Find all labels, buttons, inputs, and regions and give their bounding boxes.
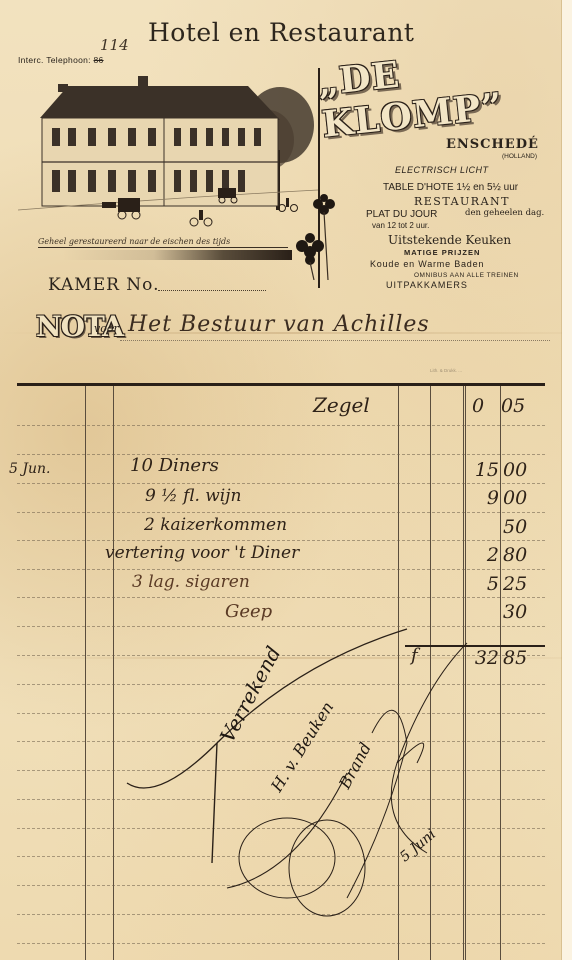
row-line	[17, 454, 545, 455]
phone-line: Interc. Telephoon: 86	[18, 55, 104, 65]
voor-label: voor	[94, 322, 119, 335]
city: ENSCHEDÉ	[446, 137, 539, 152]
item-description: 9 ½ fl. wijn	[145, 486, 241, 506]
amenity-kitchen: Uitstekende Keuken	[388, 233, 511, 247]
signature-flourish	[97, 623, 517, 943]
amenity-prices: MATIGE PRIJZEN	[404, 248, 480, 257]
row-line	[17, 483, 545, 484]
flower-ornament-icon	[284, 190, 344, 280]
caption-rule	[38, 247, 288, 248]
item-guilders: 15	[457, 459, 499, 481]
phone-handwritten-number: 114	[100, 36, 129, 54]
phone-old-number: 86	[94, 55, 104, 65]
phone-label: Interc. Telephoon:	[18, 55, 91, 65]
decorative-banner	[62, 250, 292, 260]
recipient-handwritten: Het Bestuur van Achilles	[128, 312, 430, 337]
item-description: 2 kaizerkommen	[144, 515, 287, 535]
item-guilders: 2	[457, 544, 499, 566]
item-cents: 80	[503, 544, 543, 566]
row-line	[17, 597, 545, 598]
amenity-baths: Koude en Warme Baden	[370, 259, 484, 269]
item-cents: 50	[503, 516, 543, 538]
row-line	[17, 569, 545, 570]
item-cents: 00	[503, 459, 543, 481]
item-guilders: 5	[457, 573, 499, 595]
amenity-all-day: den geheelen dag.	[465, 208, 544, 218]
stamp-guilders: 0	[462, 395, 494, 417]
amenity-table-dhote: TABLE D'HOTE 1½ en 5½ uur	[383, 182, 518, 193]
row-line	[17, 512, 545, 513]
hotel-building-illustration	[18, 70, 318, 230]
row-line	[17, 425, 545, 426]
stamp-cents: 05	[501, 395, 541, 417]
recipient-line	[120, 340, 550, 341]
country: (HOLLAND)	[502, 153, 537, 160]
amenity-rooms: UITPAKKAMERS	[386, 280, 468, 290]
amenity-plat-hours: van 12 tot 2 uur.	[372, 221, 429, 230]
item-cents: 30	[503, 601, 543, 623]
paper-edge	[562, 0, 572, 960]
room-number-field	[158, 290, 266, 291]
entry-date: 5 Jun.	[9, 461, 50, 477]
stamp-label: Zegel	[313, 393, 370, 417]
room-number-label: KAMER No.	[48, 275, 160, 295]
hotel-title: Hotel en Restaurant	[148, 18, 414, 47]
row-line	[17, 540, 545, 541]
amenity-omnibus: OMNIBUS AAN ALLE TREINEN	[414, 272, 519, 279]
item-description: 3 lag. sigaren	[132, 572, 250, 592]
amenity-restaurant: RESTAURANT	[414, 195, 510, 208]
printer-mark: Lith. & Drukk. ...	[430, 368, 462, 373]
item-description: vertering voor 't Diner	[105, 543, 299, 563]
item-description: 10 Diners	[130, 455, 219, 476]
item-guilders: 9	[457, 487, 499, 509]
item-cents: 00	[503, 487, 543, 509]
amenity-plat-du-jour: PLAT DU JOUR	[366, 209, 437, 220]
item-description: Geep	[225, 601, 272, 622]
ledger-table: Zegel 0 05 5 Jun. 10 Diners 15 00 9 ½ fl…	[17, 383, 545, 960]
column-divider	[85, 386, 86, 960]
illustration-caption: Geheel gerestaureerd naar de eischen des…	[38, 237, 230, 246]
amenity-electric: ELECTRISCH LICHT	[395, 165, 489, 175]
row-line	[17, 943, 545, 944]
item-cents: 25	[503, 573, 543, 595]
